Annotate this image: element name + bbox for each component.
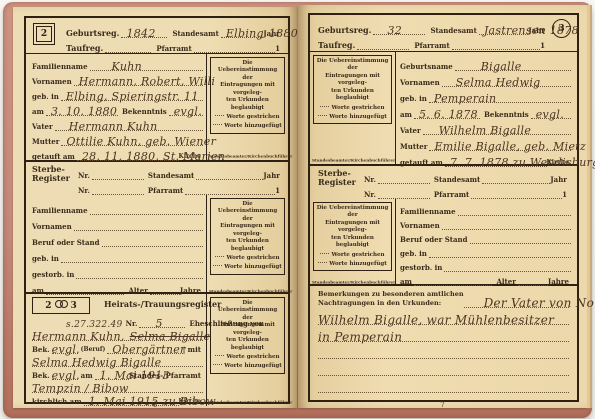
vornamen-field (74, 214, 203, 231)
death-standesamt-row: Nr. Standesamt Jahr (78, 165, 282, 180)
taufreg-field (105, 37, 151, 53)
one-mark: 1 (275, 45, 282, 53)
official-signature-label: Standesbeamter/Kirchenbuchführer (312, 158, 378, 163)
geb-in-field (429, 243, 571, 258)
official-signature-label: Standesbeamter/Kirchenbuchführer (312, 280, 378, 285)
vornamen-field: Hermann, Robert, Willi (74, 70, 203, 86)
taufreg-label: Taufreg. (318, 41, 357, 50)
certification-box: Die Uebereinstimmung der Eintragungen mi… (313, 202, 392, 271)
standesamt-field: Elbing 1880 (221, 21, 264, 38)
cert-stricken-label: Worte gestrichen (331, 252, 384, 258)
cert-stricken-line: Worte gestrichen (212, 114, 283, 121)
left-death-fields: Familienname Vornamen Beruf oder Stand (26, 195, 206, 295)
cert-line: Die Uebereinstimmung der (315, 58, 390, 73)
beruf-row: Beruf oder Stand (32, 231, 203, 247)
geb-in-field (61, 246, 203, 263)
dotted-line (213, 265, 222, 266)
standesamt-field: Jastrensen 1878 (479, 18, 529, 35)
one-mark: 1 (275, 187, 282, 195)
left-death-section: Sterbe- Register Nr. Standesamt Jahr Nr. (26, 162, 288, 292)
mutter-label: Mutter (32, 138, 61, 146)
cert-stricken-line: Worte gestrichen (315, 105, 390, 112)
left-death-body: Familienname Vornamen Beruf oder Stand (26, 195, 288, 295)
marriage-index-left: 2 (45, 301, 51, 311)
mutter-field: Ottilie Kuhn, geb. Wiener (61, 130, 203, 146)
getauft-am-label: getauft am (32, 153, 77, 161)
cert-line: Eintragungen mit vorgeleg- (212, 223, 283, 238)
marriage-title-row: 2 3 Heirats-/Trauungsregister (32, 297, 203, 315)
familienname-field (458, 201, 571, 216)
mutter-row: Mutter Emilie Bigalle, geb. Mietz (400, 135, 571, 151)
marriage-rings-icon (55, 300, 68, 311)
death-standesamt-row: Nr. Standesamt Jahr (364, 169, 569, 184)
mutter-field: Emilie Bigalle, geb. Mietz (429, 134, 571, 151)
standesamt-field (482, 168, 550, 184)
taufreg-field (357, 34, 409, 50)
left-death-cert-column: Die Uebereinstimmung der Eintragungen mi… (206, 195, 288, 295)
vater-row: Vater Hermann Kuhn (32, 116, 203, 131)
left-death-header: Sterbe- Register Nr. Standesamt Jahr Nr. (26, 162, 288, 195)
gestorb-in-field (444, 257, 571, 272)
left-page: 2 Geburtsreg. 1842 Standesamt Elbing 188… (13, 7, 297, 408)
pfarramt-field (471, 183, 562, 199)
remarks-row-5 (318, 359, 569, 376)
dotted-line (318, 115, 327, 116)
sterbe-label-line2: Register (32, 174, 78, 183)
cert-added-line: Worte hinzugefügt (212, 363, 283, 370)
am-field: 3. 10. 1880 (46, 100, 118, 116)
remarks-label-row: Bemerkungen zu besonderen amtlichen Nach… (318, 290, 569, 308)
marriage-nr-field: 5 (139, 314, 185, 328)
bek2-field: evgl. (52, 366, 78, 380)
vornamen-row: Vornamen (400, 216, 571, 230)
bekenntnis-field: evgl. (531, 102, 571, 119)
bekenntnis-field: evgl. (169, 100, 203, 116)
am-alter-row: am Alter Jahre (32, 279, 203, 295)
remarks-field-1: Der Vater von No. 3, (464, 289, 569, 308)
beruf-field (102, 230, 203, 247)
office-field: Tempzin / Bibow (32, 379, 203, 393)
right-death-section: Sterbe- Register Nr. Standesamt Jahr Nr. (310, 166, 577, 284)
cert-line: Die Uebereinstimmung der (315, 205, 390, 220)
geb-in-row: geb. in Elbing, Spieringstr. 11 (32, 86, 203, 101)
vornamen-field: Selma Hedwig (442, 70, 571, 87)
pfarramt-field (194, 37, 275, 53)
geb-in-field: Elbing, Spieringstr. 11 (61, 85, 203, 101)
dotted-line (213, 364, 222, 365)
death-pfarramt-row: Nr. Pfarramt 1 (78, 180, 282, 195)
cert-stricken-label: Worte gestrichen (331, 105, 384, 111)
civil-date-field: 1. Mai 1913 (95, 366, 129, 380)
am-label: am (400, 111, 414, 119)
familienname-row: Familienname Kuhn (32, 56, 203, 71)
geb-in-row: geb. in (32, 247, 203, 263)
sterbe-register-label: Sterbe- Register (318, 169, 364, 199)
gestorb-in-row: gestorb. in (32, 263, 203, 279)
cert-stricken-label: Worte gestrichen (226, 255, 279, 261)
cert-line: Die Uebereinstimmung der (212, 201, 283, 223)
geburtsname-field: Bigalle (455, 54, 571, 71)
remarks-field-empty (318, 358, 569, 376)
remarks-field-empty (318, 375, 569, 393)
certification-box: Die Uebereinstimmung der Eintragungen mi… (210, 57, 285, 134)
cert-line: Eintragungen mit vorgeleg- (315, 220, 390, 235)
am-alter-row: am Alter Jahre (400, 272, 571, 286)
dotted-line (215, 256, 224, 257)
alter-field (150, 278, 180, 295)
right-birth-cert-column: Die Uebereinstimmung der Eintragungen mi… (310, 52, 396, 164)
right-page-frame: 3 Geburtsreg. 32 Standesamt Jastrensen 1… (308, 13, 579, 402)
remarks-label: Bemerkungen zu besonderen amtlichen Nach… (318, 290, 464, 308)
am-row: am 3. 10. 1880 Bekenntnis evgl. (32, 101, 203, 116)
vater-field: Wilhelm Bigalle (423, 118, 571, 135)
familienname-row: Familienname (32, 199, 203, 215)
getauft-value: 28. 11. 1880, St. Marien (77, 151, 225, 162)
nr-field (92, 164, 144, 180)
left-marriage-cert-column: Die Uebereinstimmung der Eintragungen mi… (206, 294, 288, 406)
am-field (414, 271, 492, 286)
geburtsname-row: Geburtsname Bigalle (400, 55, 571, 71)
left-birth-cert-column: Die Uebereinstimmung der Eintragungen mi… (206, 54, 288, 160)
cert-line: ten Urkunden beglaubigt (315, 88, 390, 103)
geb-in-label: geb. in (400, 250, 429, 258)
left-geburtsreg-row: Geburtsreg. 1842 Standesamt Elbing 1880 … (66, 22, 282, 38)
getauft-field: 7. 7. 1878 zu Wendisburg (445, 150, 547, 167)
pfarramt-label: Pfarramt (430, 191, 471, 199)
alter-label: Alter (492, 278, 517, 286)
pfarramt-label: Pfarramt (144, 187, 185, 195)
vater-field: Hermann Kuhn (55, 115, 203, 131)
cert-added-line: Worte hinzugefügt (212, 264, 283, 271)
familienname-row: Familienname (400, 202, 571, 216)
remarks-row-6 (318, 376, 569, 393)
mutter-row: Mutter Ottilie Kuhn, geb. Wiener (32, 131, 203, 146)
nr-field (378, 168, 430, 184)
beruf-field: Obergärtner (107, 340, 182, 354)
vornamen-field (442, 215, 571, 230)
vater-label: Vater (400, 127, 423, 135)
dotted-line (320, 106, 329, 107)
left-page-frame: 2 Geburtsreg. 1842 Standesamt Elbing 188… (24, 16, 290, 404)
cert-line: Eintragungen mit vorgeleg- (212, 82, 283, 97)
getauft-row: getauft am 28. 11. 1880, St. Marien Kirc… (32, 146, 203, 161)
right-death-body: Die Uebereinstimmung der Eintragungen mi… (310, 199, 577, 286)
left-taufreg-row: Taufreg. Pfarramt 1 (66, 38, 282, 53)
vater-label: Vater (32, 123, 55, 131)
marriage-register-title: Heirats-/Trauungsregister (90, 297, 223, 309)
right-header-section: 3 Geburtsreg. 32 Standesamt Jastrensen 1… (310, 15, 577, 51)
am-field: 5. 6. 1878 (414, 102, 480, 119)
right-geburtsreg-row: Geburtsreg. 32 Standesamt Jastrensen 187… (318, 19, 547, 35)
remarks-row-3: in Pemperain (318, 325, 569, 342)
right-death-fields: Familienname Vornamen Beruf oder Stand (396, 199, 577, 286)
groom-field: Hermann Kuhn, Selma Bigalle (32, 327, 203, 341)
getauft-row: getauft am 7. 7. 1878 zu Wendisburg Kirc… (400, 151, 571, 167)
cert-line: ten Urkunden beglaubigt (212, 97, 283, 112)
dotted-line (318, 262, 327, 263)
gestorb-in-field (76, 262, 203, 279)
geb-in-label: geb. in (32, 255, 61, 263)
vornamen-row: Vornamen Hermann, Robert, Willi (32, 71, 203, 86)
right-death-cert-column: Die Uebereinstimmung der Eintragungen mi… (310, 199, 396, 286)
geb-in-field: Pemperain (429, 86, 571, 103)
certification-box: Die Uebereinstimmung der Eintragungen mi… (313, 55, 392, 124)
left-birth-fields: Familienname Kuhn Vornamen Hermann, Robe… (26, 54, 206, 160)
gestorb-in-row: gestorb. in (400, 258, 571, 272)
cert-line: Eintragungen mit vorgeleg- (212, 322, 283, 337)
right-page-number: 7 (298, 401, 587, 409)
sterbe-label-line2: Register (318, 178, 364, 187)
certification-box: Die Uebereinstimmung der Eintragungen mi… (210, 198, 285, 275)
cert-added-line: Worte hinzugefügt (212, 123, 283, 130)
pfarramt-label: Pfarramt (151, 45, 193, 53)
cert-stricken-label: Worte gestrichen (226, 354, 279, 360)
pfarramt-label: Pfarramt (409, 42, 451, 50)
official-signature-label: Standesbeamter/Kirchenbuchführer (209, 154, 272, 159)
beruf-field (470, 229, 571, 244)
nr-field (92, 179, 144, 195)
am-row: am 5. 6. 1878 Bekenntnis evgl. (400, 103, 571, 119)
cert-added-line: Worte hinzugefügt (315, 261, 390, 268)
certification-box: Die Uebereinstimmung der Eintragungen mi… (210, 297, 285, 374)
right-death-header-rows: Nr. Standesamt Jahr Nr. Pfarramt 1 (364, 169, 569, 199)
geburtsreg-field: 1842 (121, 21, 167, 38)
cert-line: Die Uebereinstimmung der (212, 300, 283, 322)
dotted-line (320, 253, 329, 254)
remarks-row-4 (318, 342, 569, 359)
am-label: am (400, 278, 414, 286)
left-birth-section: Familienname Kuhn Vornamen Hermann, Robe… (26, 54, 288, 160)
right-birth-section: Die Uebereinstimmung der Eintragungen mi… (310, 52, 577, 164)
alter-field (518, 271, 548, 286)
sterbe-register-label: Sterbe- Register (32, 165, 78, 195)
bride-field: Selma Hedwig Bigalle (32, 353, 203, 367)
left-index-box: 2 (33, 23, 55, 45)
am-label: am (32, 108, 46, 116)
left-marriage-section: 2 3 Heirats-/Trauungsregister s.27.322.4… (26, 294, 288, 406)
right-remarks-section: Bemerkungen zu besonderen amtlichen Nach… (310, 286, 577, 400)
cert-stricken-line: Worte gestrichen (315, 252, 390, 259)
marriage-index-box: 2 3 (32, 297, 90, 314)
nr-label: Nr. (364, 191, 378, 199)
remarks-field-empty (318, 341, 569, 359)
nr-field (378, 183, 430, 199)
jahre-label: Jahre (548, 278, 571, 286)
familienname-field: Kuhn (90, 55, 203, 71)
vornamen-label: Vornamen (32, 223, 74, 231)
cert-added-label: Worte hinzugefügt (329, 261, 387, 267)
nr-label: Nr. (78, 172, 92, 180)
cert-added-label: Worte hinzugefügt (224, 123, 282, 129)
cert-line: ten Urkunden beglaubigt (212, 337, 283, 352)
right-death-header: Sterbe- Register Nr. Standesamt Jahr Nr. (310, 166, 577, 199)
left-index-number: 2 (36, 26, 52, 42)
right-taufreg-row: Taufreg. Pfarramt 1 (318, 35, 547, 50)
left-page-number: 6 (13, 401, 297, 409)
cert-line: ten Urkunden beglaubigt (212, 238, 283, 253)
remarks-field-2: Wilhelm Bigalle, war Mühlenbesitzer (318, 307, 569, 325)
taufreg-label: Taufreg. (66, 44, 105, 53)
bek-field: evgl. (52, 340, 78, 354)
vornamen-row: Vornamen Selma Hedwig (400, 71, 571, 87)
left-marriage-fields: 2 3 Heirats-/Trauungsregister s.27.322.4… (26, 294, 206, 406)
cert-line: Die Uebereinstimmung der (212, 60, 283, 82)
cert-line: Eintragungen mit vorgeleg- (315, 73, 390, 88)
cert-stricken-label: Worte gestrichen (226, 114, 279, 120)
left-death-header-rows: Nr. Standesamt Jahr Nr. Pfarramt 1 (78, 165, 282, 195)
one-mark: 1 (562, 191, 569, 199)
beruf-row: Beruf oder Stand (400, 230, 571, 244)
pfarramt-field (185, 179, 275, 195)
remarks-row-2: Wilhelm Bigalle, war Mühlenbesitzer (318, 308, 569, 325)
dotted-line (213, 124, 222, 125)
geb-in-row: geb. in (400, 244, 571, 258)
getauft-field: 28. 11. 1880, St. Marien (77, 145, 179, 161)
geb-in-row: geb. in Pemperain (400, 87, 571, 103)
left-header-section: 2 Geburtsreg. 1842 Standesamt Elbing 188… (26, 18, 288, 53)
vornamen-label: Vornamen (400, 222, 442, 230)
cert-added-label: Worte hinzugefügt (224, 363, 282, 369)
cert-line: ten Urkunden beglaubigt (315, 235, 390, 250)
remarks-field-3: in Pemperain (318, 324, 569, 342)
death-pfarramt-row: Nr. Pfarramt 1 (364, 184, 569, 199)
right-page: 3 Geburtsreg. 32 Standesamt Jastrensen 1… (298, 5, 587, 408)
pfarramt-field (452, 34, 540, 50)
geburtsreg-field: 32 (373, 18, 425, 35)
one-mark: 1 (540, 42, 547, 50)
familienname-field (90, 198, 203, 215)
mutter-label: Mutter (400, 143, 429, 151)
vornamen-row: Vornamen (32, 215, 203, 231)
remarks-label-line1: Bemerkungen zu besonderen amtlichen (318, 290, 464, 298)
marriage-index-right: 3 (71, 301, 77, 311)
cert-stricken-line: Worte gestrichen (212, 255, 283, 262)
am-field (46, 278, 124, 295)
cert-added-label: Worte hinzugefügt (329, 114, 387, 120)
dotted-line (215, 115, 224, 116)
cert-added-line: Worte hinzugefügt (315, 114, 390, 121)
right-birth-fields: Geburtsname Bigalle Vornamen Selma Hedwi… (396, 52, 577, 164)
remarks-label-line2: Nachtragungen in den Urkunden: (318, 299, 464, 307)
nr-label: Nr. (364, 176, 378, 184)
family-register-book-photo: 2 Geburtsreg. 1842 Standesamt Elbing 188… (0, 0, 595, 419)
dotted-line (215, 355, 224, 356)
nr-label: Nr. (78, 187, 92, 195)
cert-stricken-line: Worte gestrichen (212, 354, 283, 361)
cert-added-label: Worte hinzugefügt (224, 264, 282, 270)
standesamt-field (196, 164, 263, 180)
vater-row: Vater Wilhelm Bigalle (400, 119, 571, 135)
